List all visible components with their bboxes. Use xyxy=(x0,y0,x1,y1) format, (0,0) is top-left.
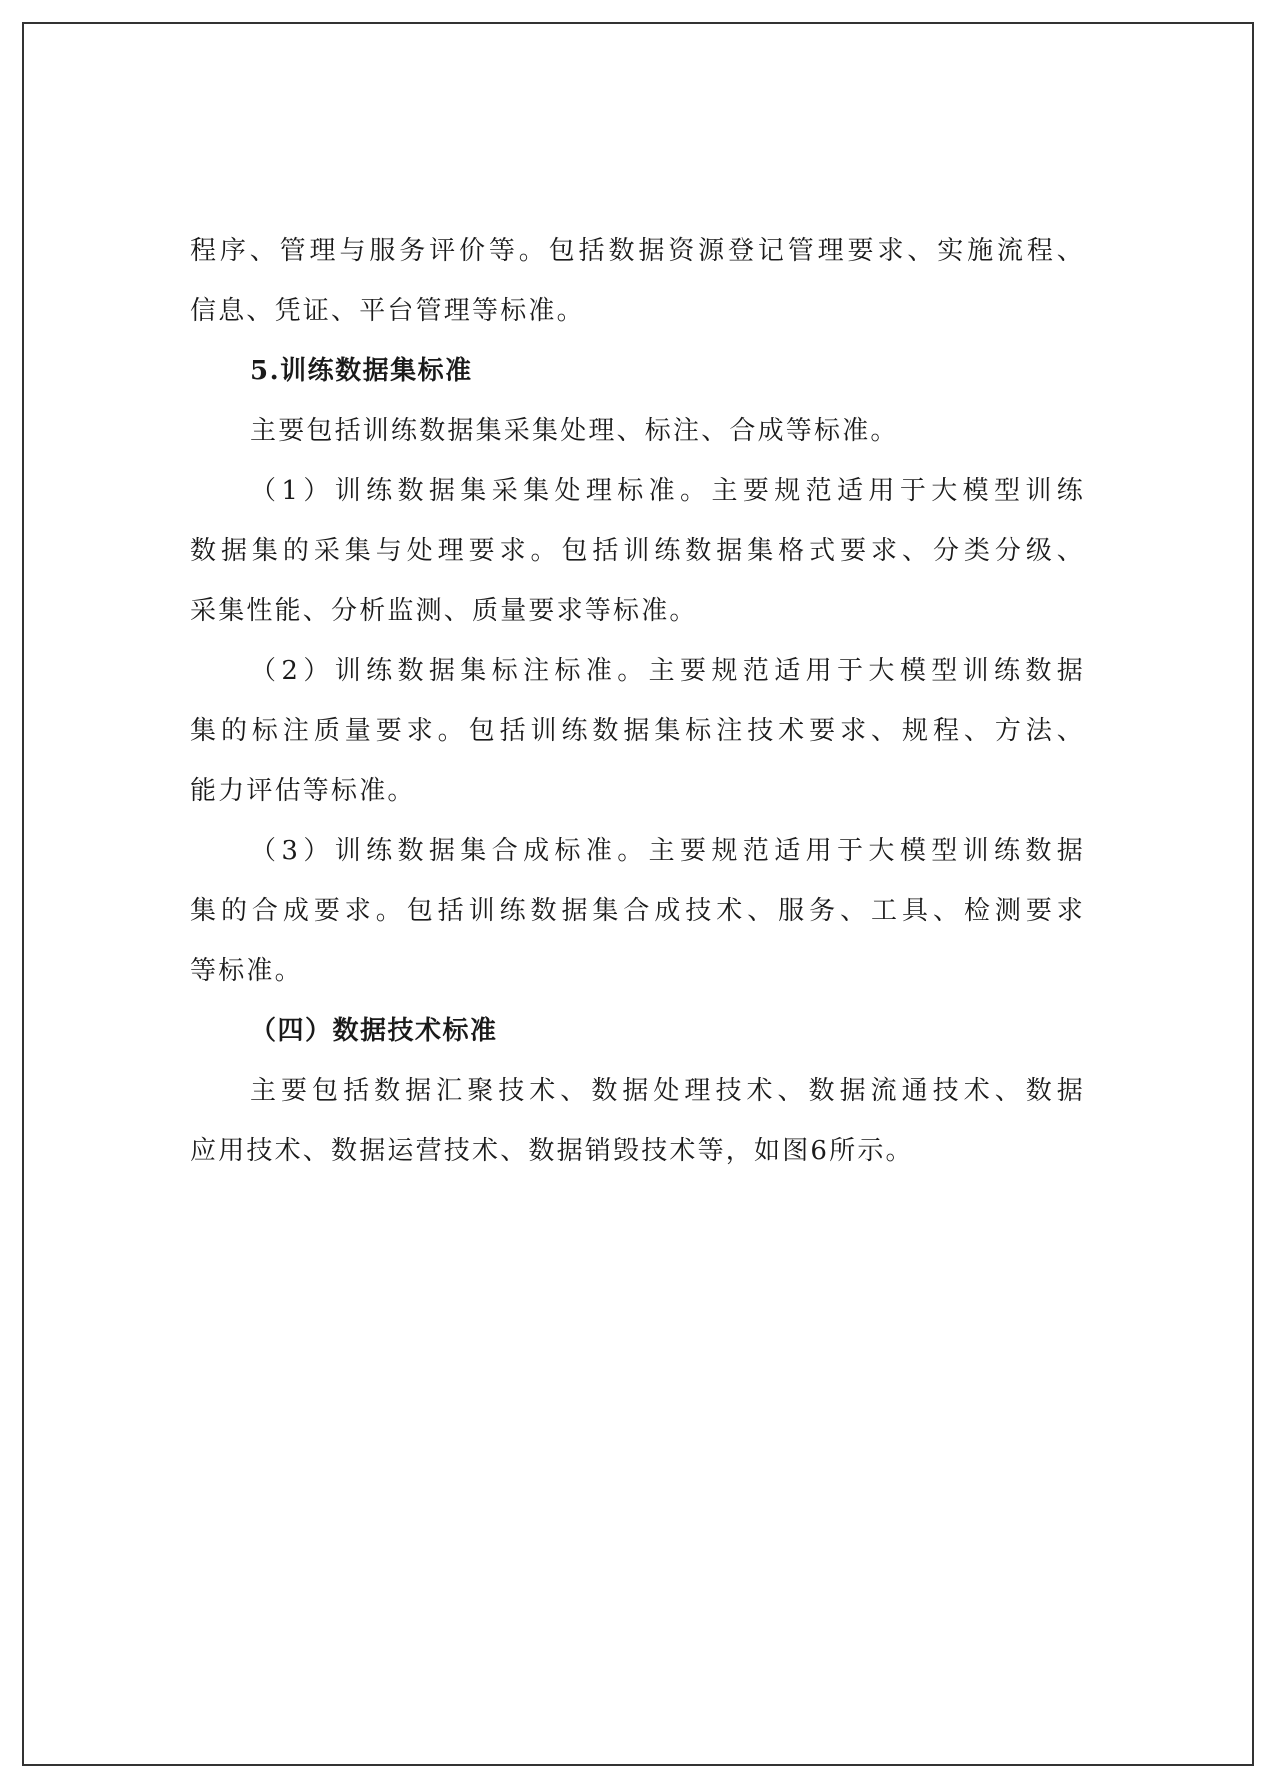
text-line: 等标准。 xyxy=(190,948,1090,1008)
text-line: 集的标注质量要求。包括训练数据集标注技术要求、规程、方法、 xyxy=(190,708,1085,768)
paragraph-registration-continued: 程序、管理与服务评价等。包括数据资源登记管理要求、实施流程、 信息、凭证、平台管… xyxy=(190,228,1090,348)
subheading-training-dataset-standards: 5.训练数据集标准 xyxy=(190,348,1090,408)
text-line: 能力评估等标准。 xyxy=(190,768,1090,828)
paragraph-data-technology: 主要包括数据汇聚技术、数据处理技术、数据流通技术、数据 应用技术、数据运营技术、… xyxy=(190,1068,1090,1188)
document-body: 程序、管理与服务评价等。包括数据资源登记管理要求、实施流程、 信息、凭证、平台管… xyxy=(190,228,1090,1188)
text-line: 集的合成要求。包括训练数据集合成技术、服务、工具、检测要求 xyxy=(190,888,1085,948)
paragraph-training-collection: （1）训练数据集采集处理标准。主要规范适用于大模型训练 数据集的采集与处理要求。… xyxy=(190,468,1090,648)
text-line: （3）训练数据集合成标准。主要规范适用于大模型训练数据 xyxy=(190,828,1085,888)
text-line: （1）训练数据集采集处理标准。主要规范适用于大模型训练 xyxy=(190,468,1085,528)
text-line: 信息、凭证、平台管理等标准。 xyxy=(190,288,1090,348)
text-line: 采集性能、分析监测、质量要求等标准。 xyxy=(190,588,1090,648)
section-heading-data-technology-standards: （四）数据技术标准 xyxy=(190,1008,1090,1068)
text-line: 程序、管理与服务评价等。包括数据资源登记管理要求、实施流程、 xyxy=(190,228,1085,288)
paragraph-training-intro: 主要包括训练数据集采集处理、标注、合成等标准。 xyxy=(190,408,1090,468)
text-line: 数据集的采集与处理要求。包括训练数据集格式要求、分类分级、 xyxy=(190,528,1085,588)
text-line: 主要包括数据汇聚技术、数据处理技术、数据流通技术、数据 xyxy=(190,1068,1085,1128)
text-line: 应用技术、数据运营技术、数据销毁技术等，如图6所示。 xyxy=(190,1128,1090,1188)
paragraph-training-annotation: （2）训练数据集标注标准。主要规范适用于大模型训练数据 集的标注质量要求。包括训… xyxy=(190,648,1090,828)
paragraph-training-synthesis: （3）训练数据集合成标准。主要规范适用于大模型训练数据 集的合成要求。包括训练数… xyxy=(190,828,1090,1008)
text-line: （2）训练数据集标注标准。主要规范适用于大模型训练数据 xyxy=(190,648,1085,708)
